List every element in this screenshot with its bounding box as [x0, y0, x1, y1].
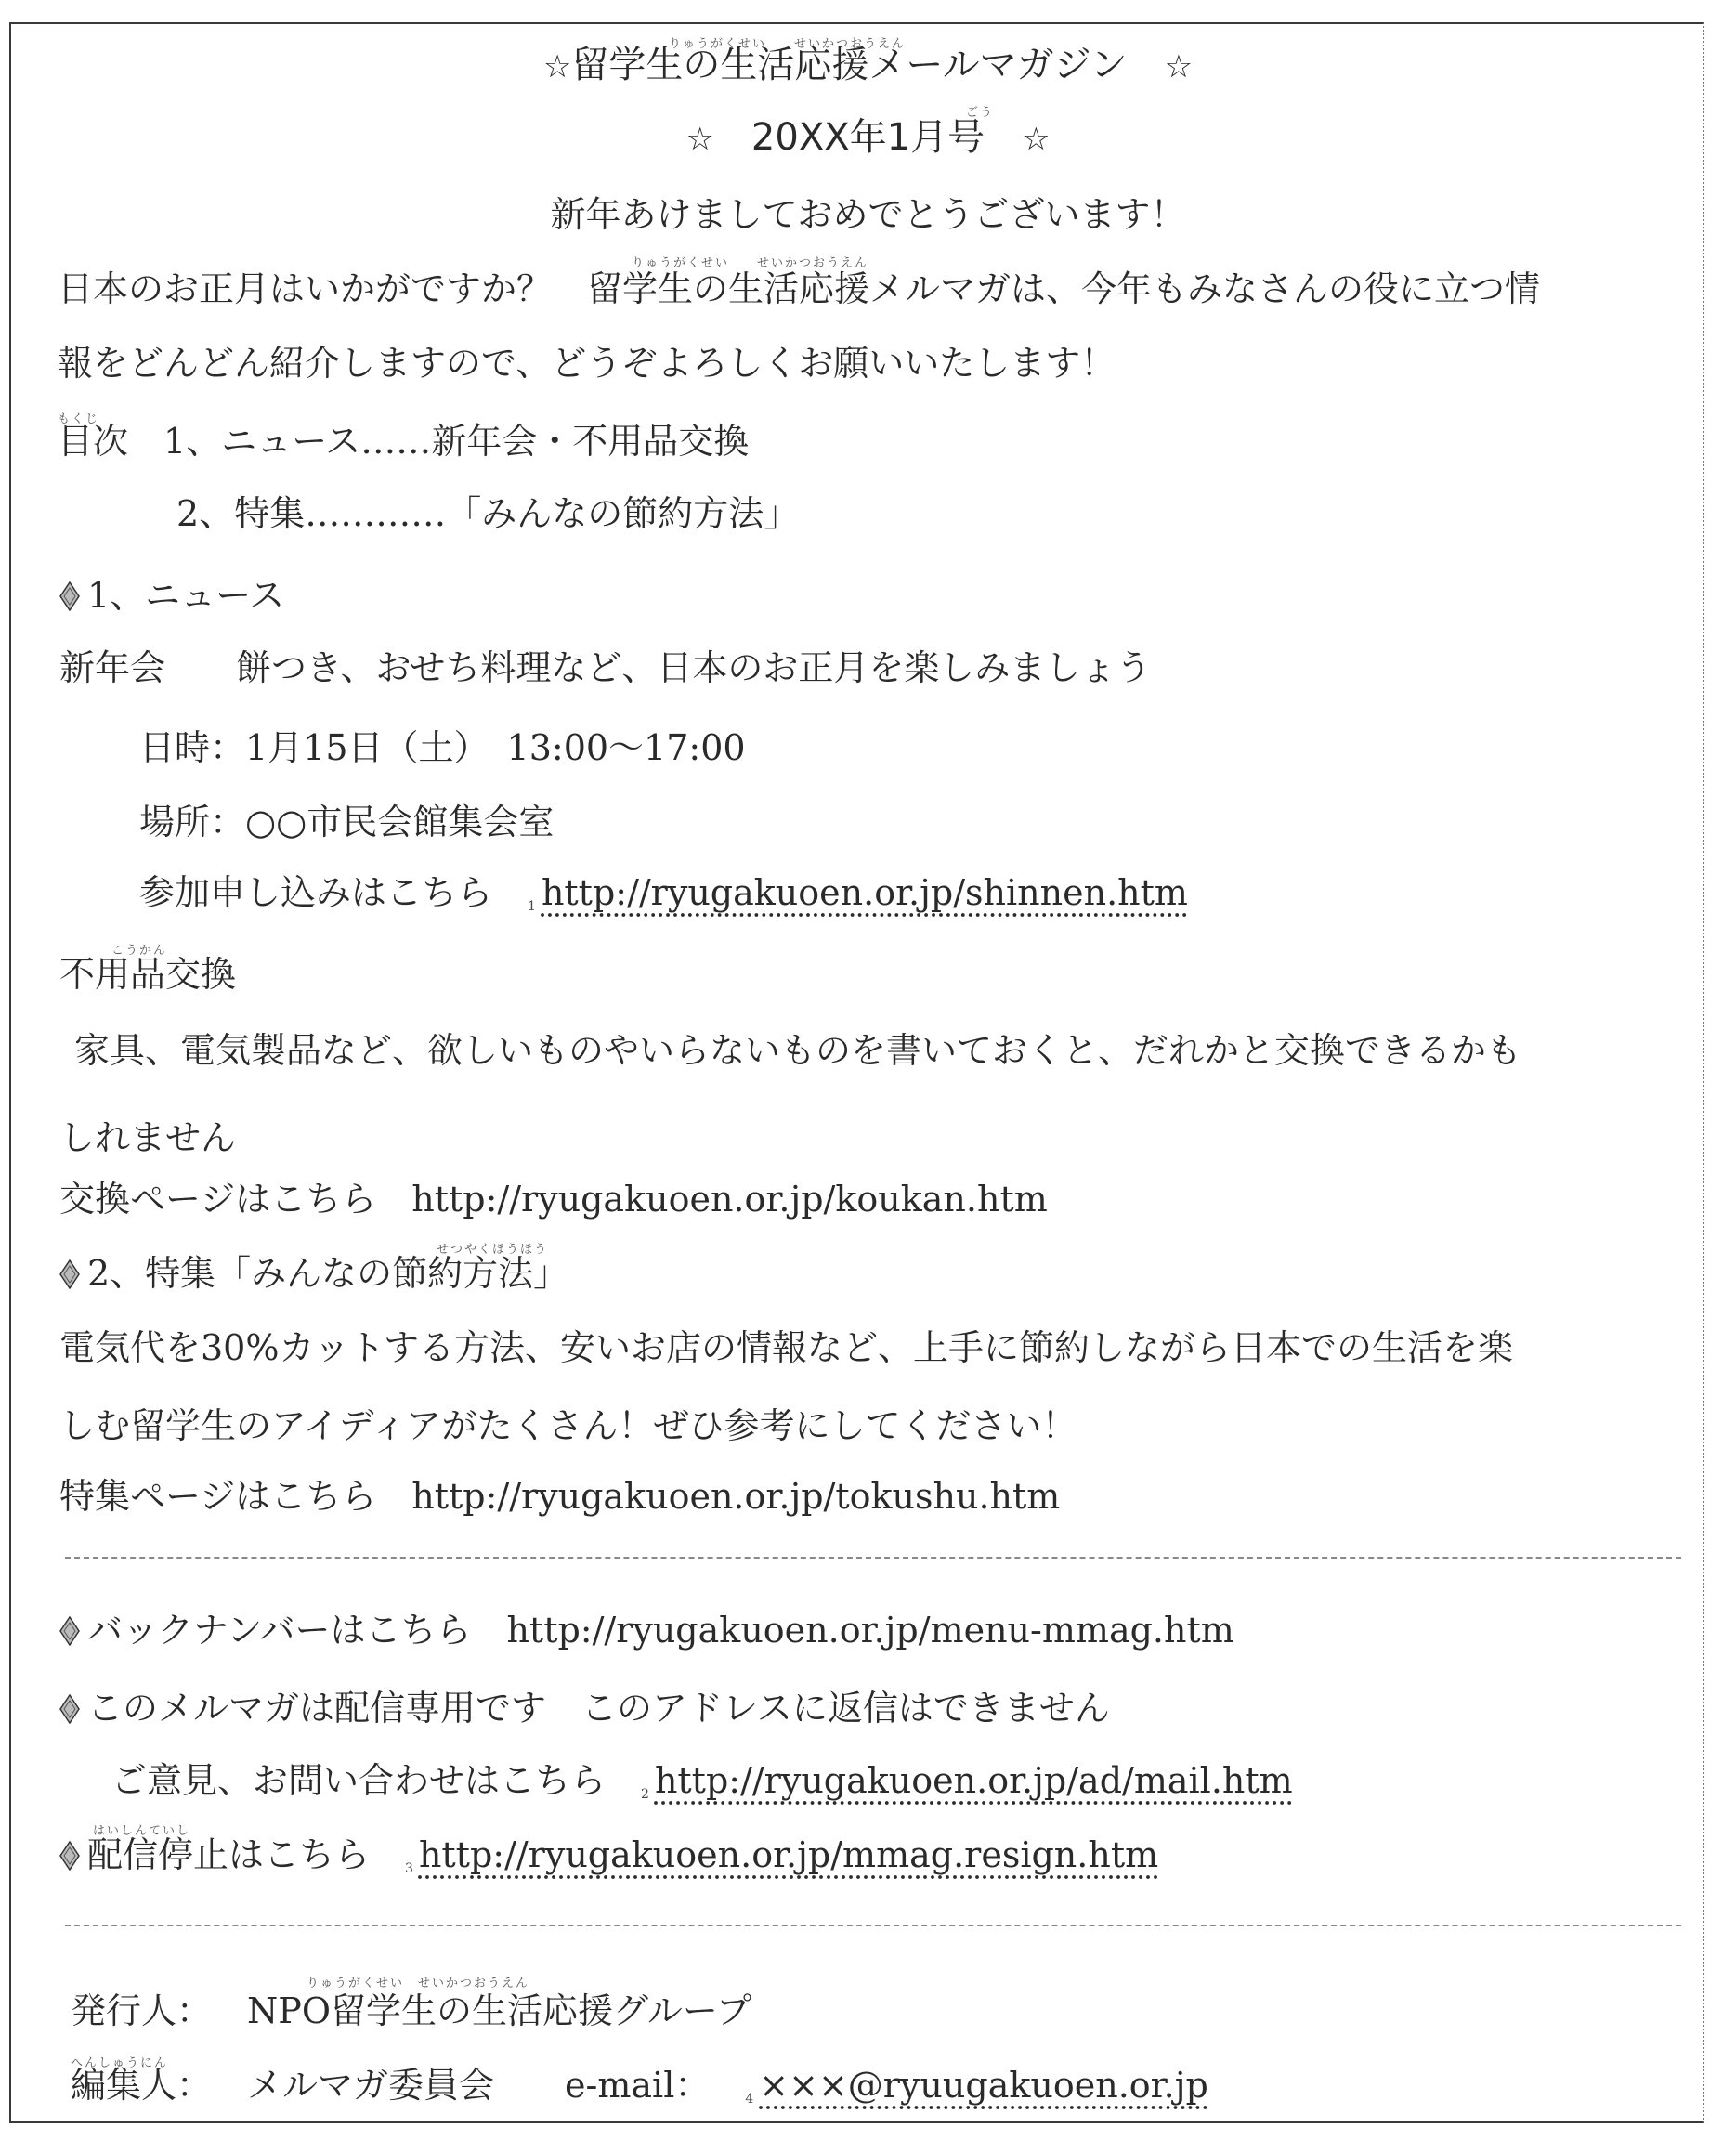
news-heading: 1、ニュース: [59, 578, 284, 613]
diamond-icon: [59, 1259, 80, 1289]
party-line: 新年会 餅つき、おせち料理など、日本のお正月を楽しみましょう: [59, 650, 1151, 685]
feature-page: 特集ページはこちら http://ryugakuoen.or.jp/tokush…: [59, 1479, 1060, 1514]
feature-heading: 2、特集「みんなの節約方法」: [59, 1256, 568, 1291]
newsletter-title: ☆留学生の生活応援メールマガジン ☆: [0, 46, 1736, 84]
star-icon: ☆: [1165, 48, 1193, 85]
koukan-link[interactable]: http://ryugakuoen.or.jp/koukan.htm: [411, 1179, 1048, 1220]
party-place: 場所：○○市民会館集会室: [139, 804, 554, 840]
contact-line: ご意見、お問い合わせはこちら 2http://ryugakuoen.or.jp/…: [111, 1763, 1293, 1801]
editor-line: 編集人： メルマガ委員会 e-mail： 4×××@ryuugakuoen.or…: [71, 2068, 1208, 2106]
toc-item-1: 目次 1、ニュース……新年会・不用品交換: [58, 424, 749, 459]
exchange-line-1: 家具、電気製品など、欲しいものやいらないものを書いておくと、だれかと交換できるか…: [74, 1033, 1521, 1068]
email-link[interactable]: ×××@ryuugakuoen.or.jp: [759, 2065, 1208, 2106]
tokushu-link[interactable]: http://ryugakuoen.or.jp/tokushu.htm: [411, 1476, 1060, 1517]
star-icon: ☆: [543, 48, 571, 85]
separator: [65, 1925, 1681, 1926]
feature-line-1: 電気代を30%カットする方法、安いお店の情報など、上手に節約しながら日本での生活…: [59, 1330, 1513, 1365]
publisher-line: 発行人： NPO留学生の生活応援グループ: [71, 1993, 751, 2029]
exchange-page: 交換ページはこちら http://ryugakuoen.or.jp/koukan…: [59, 1181, 1048, 1217]
exchange-line-2: しれません: [59, 1120, 236, 1155]
intro-line-2: 報をどんどん紹介しますので、どうぞよろしくお願いいたします！: [58, 346, 1116, 381]
party-apply: 参加申し込みはこちら 1http://ryugakuoen.or.jp/shin…: [139, 875, 1188, 913]
diamond-icon: [59, 1694, 80, 1724]
unsubscribe-line: 配信停止はこちら 3http://ryugakuoen.or.jp/mmag.r…: [59, 1837, 1158, 1875]
diamond-icon: [59, 1841, 80, 1871]
issue-label: ☆ 20XX年1月号 ☆: [0, 119, 1736, 156]
publisher-ruby: りゅうがくせい せいかつおうえん: [307, 1973, 529, 1990]
diamond-icon: [59, 581, 80, 611]
toc-item-2: 2、特集…………「みんなの節約方法」: [176, 496, 799, 531]
separator: [65, 1557, 1681, 1559]
exchange-heading: 不用品交換: [59, 957, 236, 992]
backnumber-line: バックナンバーはこちら http://ryugakuoen.or.jp/menu…: [59, 1612, 1234, 1648]
contact-link[interactable]: http://ryugakuoen.or.jp/ad/mail.htm: [655, 1760, 1293, 1801]
shinnen-link[interactable]: http://ryugakuoen.or.jp/shinnen.htm: [542, 872, 1188, 913]
unsubscribe-link[interactable]: http://ryugakuoen.or.jp/mmag.resign.htm: [419, 1834, 1158, 1875]
backnumber-link[interactable]: http://ryugakuoen.or.jp/menu-mmag.htm: [506, 1610, 1233, 1651]
intro-line-1: 日本のお正月はいかがですか？ 留学生の生活応援メルマガは、今年もみなさんの役に立…: [58, 271, 1540, 307]
diamond-icon: [59, 1616, 80, 1646]
party-datetime: 日時：1月15日（土） 13:00～17:00: [139, 730, 746, 765]
star-icon: ☆: [1022, 121, 1050, 158]
document-border: [9, 22, 1704, 2123]
feature-line-2: しむ留学生のアイディアがたくさん！ぜひ参考にしてください！: [59, 1408, 1077, 1443]
star-icon: ☆: [685, 121, 713, 158]
greeting: 新年あけましておめでとうございます！: [0, 197, 1736, 232]
noreply-line: このメルマガは配信専用です このアドレスに返信はできません: [59, 1690, 1110, 1726]
